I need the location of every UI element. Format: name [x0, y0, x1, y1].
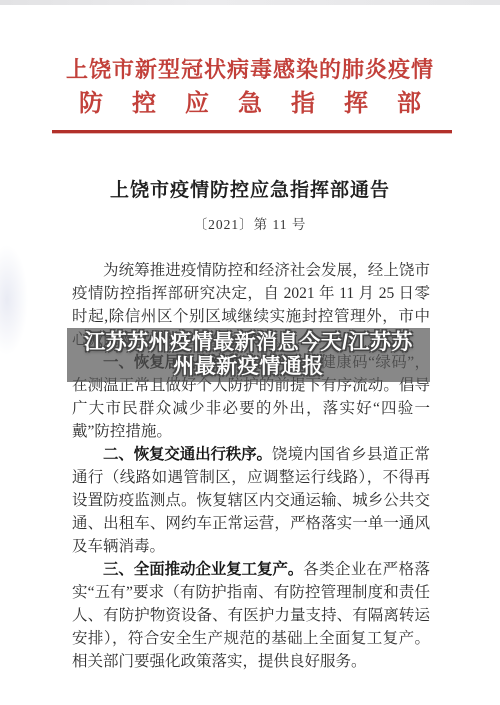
notice-title: 上饶市疫情防控应急指挥部通告 [0, 175, 500, 202]
scanned-notice-photo: 上饶市新型冠状病毒感染的肺炎疫情 防控应急指挥部 上饶市疫情防控应急指挥部通告 … [0, 0, 500, 705]
letterhead-line1: 上饶市新型冠状病毒感染的肺炎疫情 [0, 55, 500, 85]
photo-top-edge [0, 0, 500, 5]
caption-text: 江苏苏州疫情最新消息今天/江苏苏州最新疫情通报 [79, 331, 418, 380]
letterhead-line2: 防控应急指挥部 [0, 88, 500, 120]
doc-number: 〔2021〕第 11 号 [0, 213, 500, 233]
photo-edge-smudge [0, 245, 28, 355]
notice-body: 为统筹推进疫情防控和经济社会发展，经上饶市疫情防控指挥部研究决定，自 2021 … [72, 259, 430, 673]
body-paragraph: 二、恢复交通出行秩序。饶境内国省乡县道正常通行（线路如遇管制区，应调整运行线路）… [72, 443, 430, 558]
letterhead: 上饶市新型冠状病毒感染的肺炎疫情 防控应急指挥部 [0, 55, 500, 120]
paragraph-lead: 三、全面推动企业复工复产。 [103, 561, 303, 578]
paragraph-lead: 二、恢复交通出行秩序。 [103, 446, 272, 463]
caption-overlay: 江苏苏州疫情最新消息今天/江苏苏州最新疫情通报 [67, 328, 430, 382]
body-paragraph: 三、全面推动企业复工复产。各类企业在严格落实“五有”要求（有防护指南、有防控管理… [72, 558, 430, 673]
letterhead-divider [52, 130, 452, 133]
